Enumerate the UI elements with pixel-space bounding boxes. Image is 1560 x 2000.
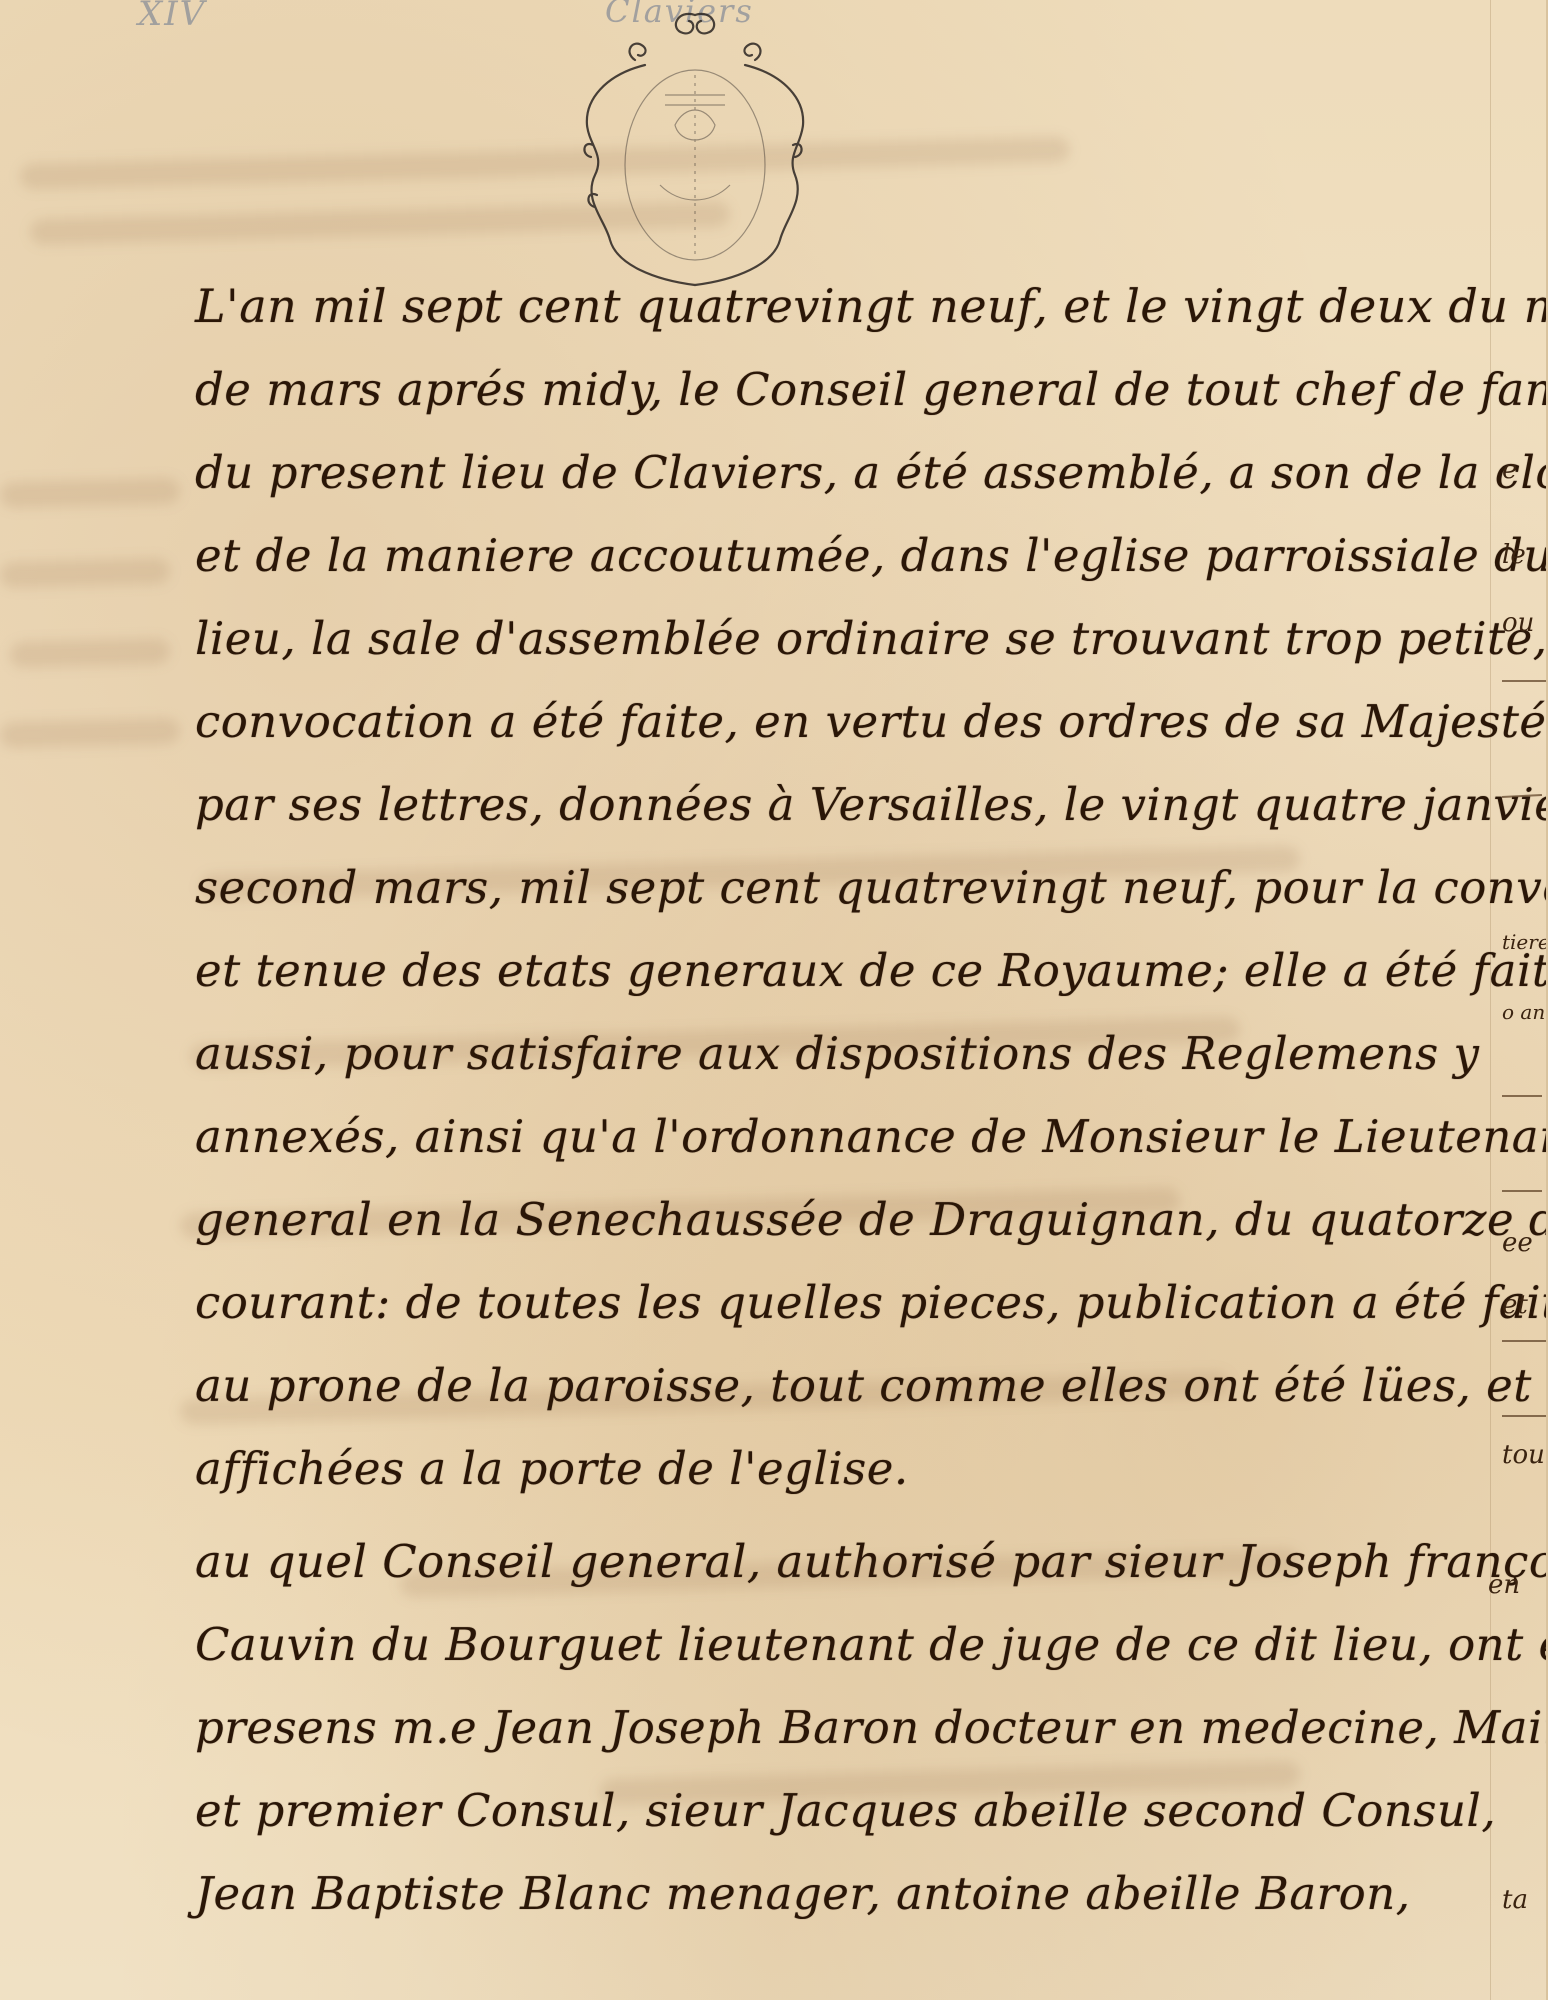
text-line: presens m.e Jean Joseph Baron docteur en…: [195, 1686, 1485, 1769]
margin-note: le: [1502, 540, 1526, 570]
text-line: convocation a été faite, en vertu des or…: [195, 680, 1485, 763]
margin-note: tiere: [1502, 930, 1548, 954]
margin-rule: [1502, 1340, 1548, 1342]
text-line: affichées a la porte de l'eglise.: [195, 1427, 1485, 1510]
manuscript-body: L'an mil sept cent quatrevingt neuf, et …: [195, 265, 1485, 1935]
text-line: courant: de toutes les quelles pieces, p…: [195, 1261, 1485, 1344]
text-line: au prone de la paroisse, tout comme elle…: [195, 1344, 1485, 1427]
margin-note: ee: [1502, 1228, 1533, 1258]
text-line: et de la maniere accoutumée, dans l'egli…: [195, 514, 1485, 597]
manuscript-page: XIV Claviers L'an mil sept cent quatrevi…: [0, 0, 1548, 2000]
text-line: aussi, pour satisfaire aux dispositions …: [195, 1012, 1485, 1095]
text-line: au quel Conseil general, authorisé par s…: [195, 1520, 1485, 1603]
margin-rule: [1502, 1415, 1548, 1417]
text-line: lieu, la sale d'assemblée ordinaire se t…: [195, 597, 1485, 680]
margin-note: o ant: [1502, 1000, 1548, 1024]
text-line: annexés, ainsi qu'a l'ordonnance de Mons…: [195, 1095, 1485, 1178]
text-line: L'an mil sept cent quatrevingt neuf, et …: [195, 265, 1485, 348]
text-line: et tenue des etats generaux de ce Royaum…: [195, 929, 1485, 1012]
text-line: et premier Consul, sieur Jacques abeille…: [195, 1769, 1485, 1852]
margin-note: tou: [1502, 1440, 1545, 1470]
text-line: de mars aprés midy, le Conseil general d…: [195, 348, 1485, 431]
margin-note: ou: [1502, 608, 1534, 638]
right-margin-notes: e le ou tiere o ant ee et tou en ta: [1502, 0, 1548, 2000]
margin-rule: [1502, 680, 1548, 682]
text-line: du present lieu de Claviers, a été assem…: [195, 431, 1485, 514]
margin-note: ta: [1502, 1885, 1528, 1915]
text-line: Cauvin du Bourguet lieutenant de juge de…: [195, 1603, 1485, 1686]
text-line: Jean Baptiste Blanc menager, antoine abe…: [195, 1852, 1485, 1935]
margin-rule: [1502, 1190, 1542, 1192]
margin-note: e: [1502, 455, 1517, 485]
text-line: general en la Senechaussée de Draguignan…: [195, 1178, 1485, 1261]
margin-note: et: [1502, 1290, 1528, 1320]
text-line: second mars, mil sept cent quatrevingt n…: [195, 846, 1485, 929]
coat-of-arms-stamp-icon: [565, 5, 825, 290]
pencil-folio-number: XIV: [138, 0, 206, 34]
margin-rule: [1502, 1095, 1542, 1097]
text-line: par ses lettres, données à Versailles, l…: [195, 763, 1485, 846]
margin-rule: [1502, 794, 1542, 798]
margin-note: en: [1488, 1570, 1520, 1600]
